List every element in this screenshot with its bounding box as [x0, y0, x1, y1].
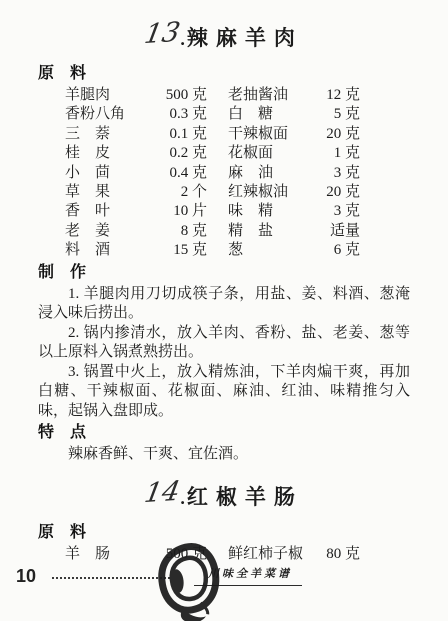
ingredient-qty: 0.1 克 — [157, 125, 207, 144]
cookbook-page: 13.辣麻羊肉 原 料 羊腿肉500 克老抽酱油12 克 香粉八角0.3 克白 … — [0, 0, 448, 621]
recipe-13-method-label: 制 作 — [38, 263, 410, 283]
ingredient-row: 香 叶10 片味 精3 克 — [65, 202, 360, 221]
ingredient-name: 香粉八角 — [65, 105, 157, 124]
ingredient-qty: 20 克 — [305, 125, 360, 144]
recipe-14-handwritten-number: 14 — [142, 476, 182, 508]
ingredient-name: 草 果 — [65, 183, 157, 202]
ingredient-row: 小 茴0.4 克麻 油3 克 — [65, 164, 360, 183]
ingredient-row: 桂 皮0.2 克花椒面1 克 — [65, 144, 360, 163]
ingredient-qty: 5 克 — [305, 105, 360, 124]
recipe-13-ingredients-table: 羊腿肉500 克老抽酱油12 克 香粉八角0.3 克白 糖5 克 三 萘0.1 … — [65, 86, 360, 261]
ingredient-qty: 3 克 — [305, 202, 360, 221]
ink-stamp-icon — [152, 540, 226, 621]
ingredient-qty: 15 克 — [157, 241, 207, 260]
method-step-1: 1. 羊腿肉用刀切成筷子条，用盐、姜、料酒、葱淹浸入味后捞出。 — [38, 285, 410, 324]
recipe-13-features-label: 特 点 — [38, 423, 410, 443]
ingredient-row: 草 果2 个红辣椒油20 克 — [65, 183, 360, 202]
ingredient-name: 花椒面 — [228, 144, 305, 163]
ingredient-name: 葱 — [228, 241, 305, 260]
method-step-3: 3. 锅置中火上，放入精炼油，下羊肉煸干爽，再加白糖、干辣椒面、花椒面、麻油、红… — [38, 363, 410, 422]
ingredient-qty: 8 克 — [157, 222, 207, 241]
recipe-13-title: 13.辣麻羊肉 — [38, 22, 410, 54]
page-footer: 10 川味全羊菜谱 — [16, 558, 410, 594]
ingredient-qty: 6 克 — [305, 241, 360, 260]
ingredient-name: 桂 皮 — [65, 144, 157, 163]
ingredient-qty: 0.4 克 — [157, 164, 207, 183]
ingredient-name: 小 茴 — [65, 164, 157, 183]
ingredient-row: 料 酒15 克葱6 克 — [65, 241, 360, 260]
recipe-14-title-dot: . — [179, 488, 187, 508]
recipe-13-handwritten-number: 13 — [142, 18, 182, 50]
ingredient-name: 麻 油 — [228, 164, 305, 183]
ingredient-name: 红辣椒油 — [228, 183, 305, 202]
recipe-13-title-dot: . — [179, 29, 187, 49]
ingredient-name: 味 精 — [228, 202, 305, 221]
ingredient-name: 老 姜 — [65, 222, 157, 241]
recipe-13-features-text: 辣麻香鲜、干爽、宜佐酒。 — [38, 445, 410, 465]
recipe-14-title: 14.红椒羊肠 — [38, 481, 410, 513]
ingredient-name: 精 盐 — [228, 222, 305, 241]
ingredient-qty: 3 克 — [305, 164, 360, 183]
ingredient-qty: 12 克 — [305, 86, 360, 105]
ingredient-name: 羊腿肉 — [65, 86, 157, 105]
recipe-14-title-text: 红椒羊肠 — [187, 485, 303, 509]
recipe-13-title-text: 辣麻羊肉 — [187, 26, 303, 50]
ingredient-name: 干辣椒面 — [228, 125, 305, 144]
ingredient-row: 老 姜8 克精 盐适量 — [65, 222, 360, 241]
ingredient-qty: 10 片 — [157, 202, 207, 221]
ingredient-qty: 0.2 克 — [157, 144, 207, 163]
method-step-2: 2. 锅内掺清水，放入羊肉、香粉、盐、老姜、葱等以上原料入锅煮熟捞出。 — [38, 324, 410, 363]
recipe-13-method-steps: 1. 羊腿肉用刀切成筷子条，用盐、姜、料酒、葱淹浸入味后捞出。 2. 锅内掺清水… — [38, 285, 410, 422]
ingredient-qty: 20 克 — [305, 183, 360, 202]
ingredient-row: 羊腿肉500 克老抽酱油12 克 — [65, 86, 360, 105]
ingredient-qty: 2 个 — [157, 183, 207, 202]
recipe-13-ingredients-label: 原 料 — [38, 64, 410, 84]
ingredient-qty: 0.3 克 — [157, 105, 207, 124]
ingredient-name: 香 叶 — [65, 202, 157, 221]
page-number: 10 — [16, 566, 36, 587]
ingredient-row: 三 萘0.1 克干辣椒面20 克 — [65, 125, 360, 144]
ingredient-name: 白 糖 — [228, 105, 305, 124]
ingredient-name: 三 萘 — [65, 125, 157, 144]
ingredient-qty: 适量 — [305, 222, 360, 241]
ingredient-row: 香粉八角0.3 克白 糖5 克 — [65, 105, 360, 124]
ingredient-qty: 500 克 — [157, 86, 207, 105]
ingredient-qty: 1 克 — [305, 144, 360, 163]
ingredient-name: 老抽酱油 — [228, 86, 305, 105]
ingredient-name: 料 酒 — [65, 241, 157, 260]
